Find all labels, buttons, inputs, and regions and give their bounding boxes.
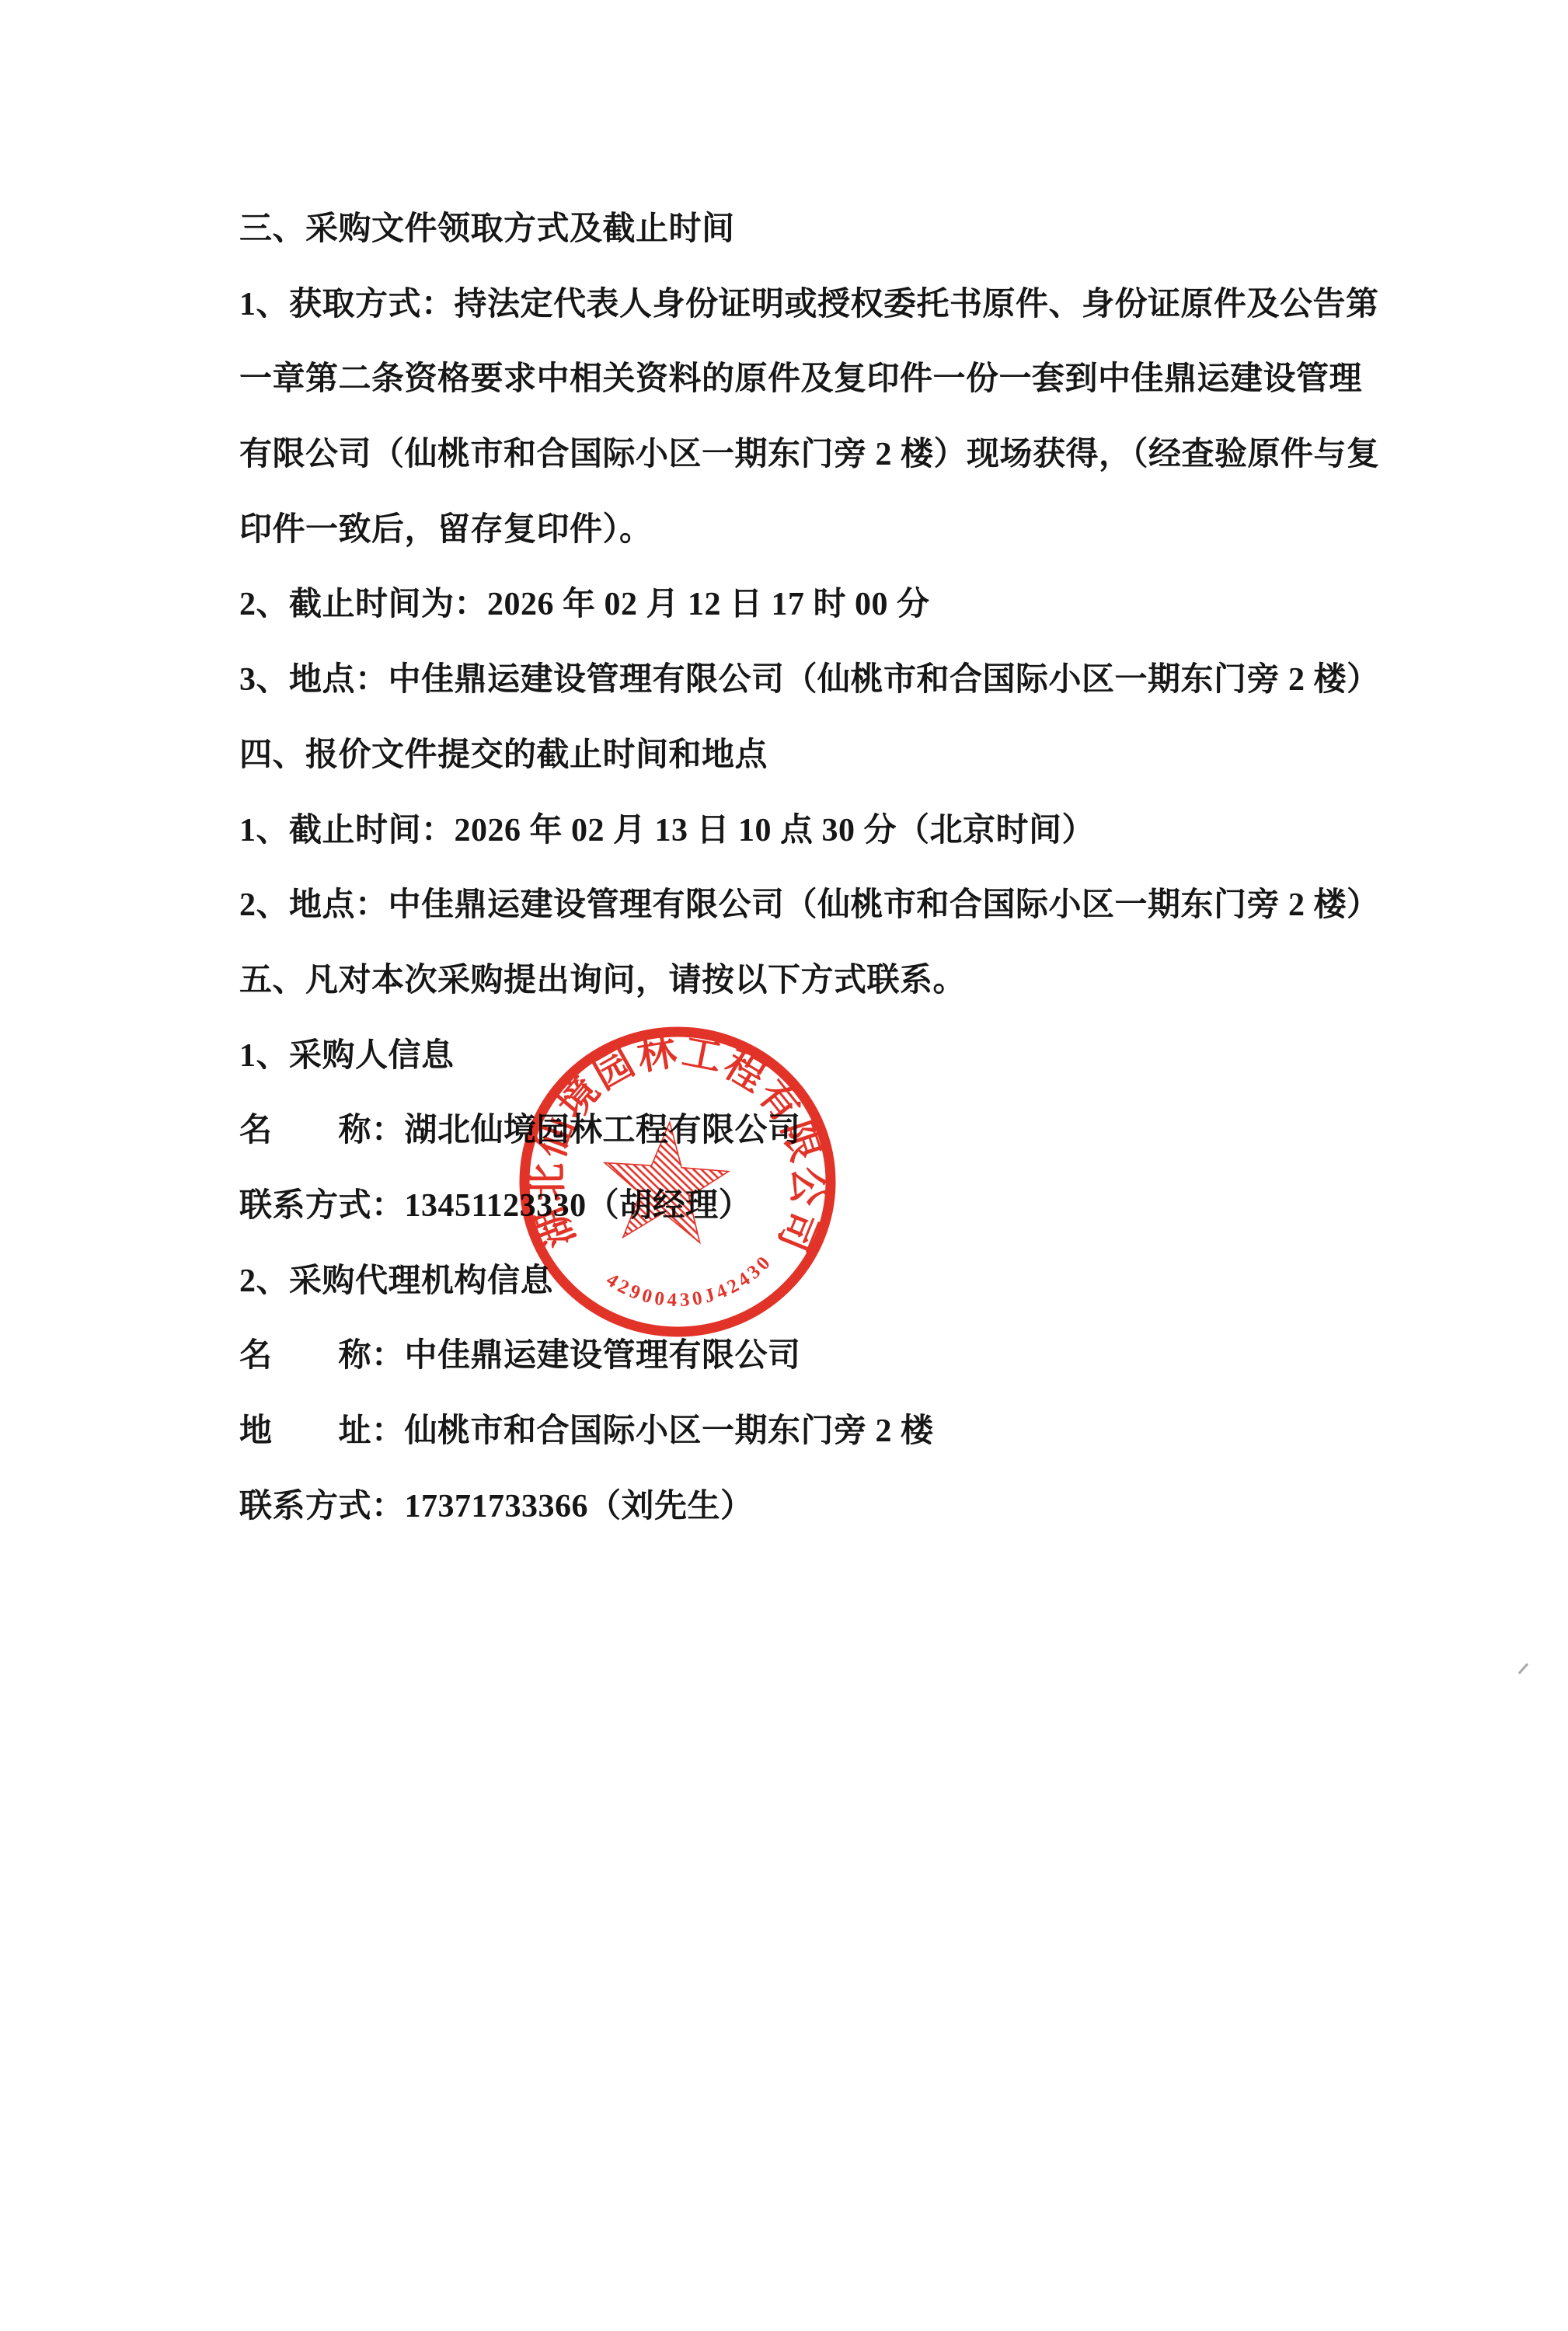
seal-star-icon bbox=[600, 1118, 732, 1245]
submission-deadline: 1、截止时间：2026 年 02 月 13 日 10 点 30 分（北京时间） bbox=[239, 793, 1374, 869]
agency-contact: 联系方式：17371733366（刘先生） bbox=[239, 1469, 1374, 1545]
submission-location: 2、地点：中佳鼎运建设管理有限公司（仙桃市和合国际小区一期东门旁 2 楼） bbox=[239, 868, 1374, 943]
section-4-heading: 四、报价文件提交的截止时间和地点 bbox=[239, 718, 1374, 793]
acquisition-method-line-4: 印件一致后，留存复印件）。 bbox=[239, 493, 1374, 568]
document-page: 三、采购文件领取方式及截止时间 1、获取方式：持法定代表人身份证明或授权委托书原… bbox=[0, 0, 1568, 2331]
acquisition-method-line-3: 有限公司（仙桃市和合国际小区一期东门旁 2 楼）现场获得，（经查验原件与复 bbox=[239, 417, 1374, 493]
scan-artifact bbox=[1518, 1663, 1529, 1674]
collection-deadline: 2、截止时间为：2026 年 02 月 12 日 17 时 00 分 bbox=[239, 567, 1374, 643]
section-5-heading: 五、凡对本次采购提出询问，请按以下方式联系。 bbox=[239, 943, 1374, 1019]
acquisition-method-line-2: 一章第二条资格要求中相关资料的原件及复印件一份一套到中佳鼎运建设管理 bbox=[239, 342, 1374, 417]
section-3-heading: 三、采购文件领取方式及截止时间 bbox=[239, 192, 1374, 267]
seal-serial-text: 42900430J42430 bbox=[602, 1251, 775, 1311]
acquisition-method-line-1: 1、获取方式：持法定代表人身份证明或授权委托书原件、身份证原件及公告第 bbox=[239, 267, 1374, 343]
agency-address: 地 址：仙桃市和合国际小区一期东门旁 2 楼 bbox=[239, 1394, 1374, 1469]
company-seal-stamp: 湖北仙境园林工程有限公司 42900430J42430 bbox=[513, 1023, 842, 1349]
collection-location: 3、地点：中佳鼎运建设管理有限公司（仙桃市和合国际小区一期东门旁 2 楼） bbox=[239, 643, 1374, 718]
